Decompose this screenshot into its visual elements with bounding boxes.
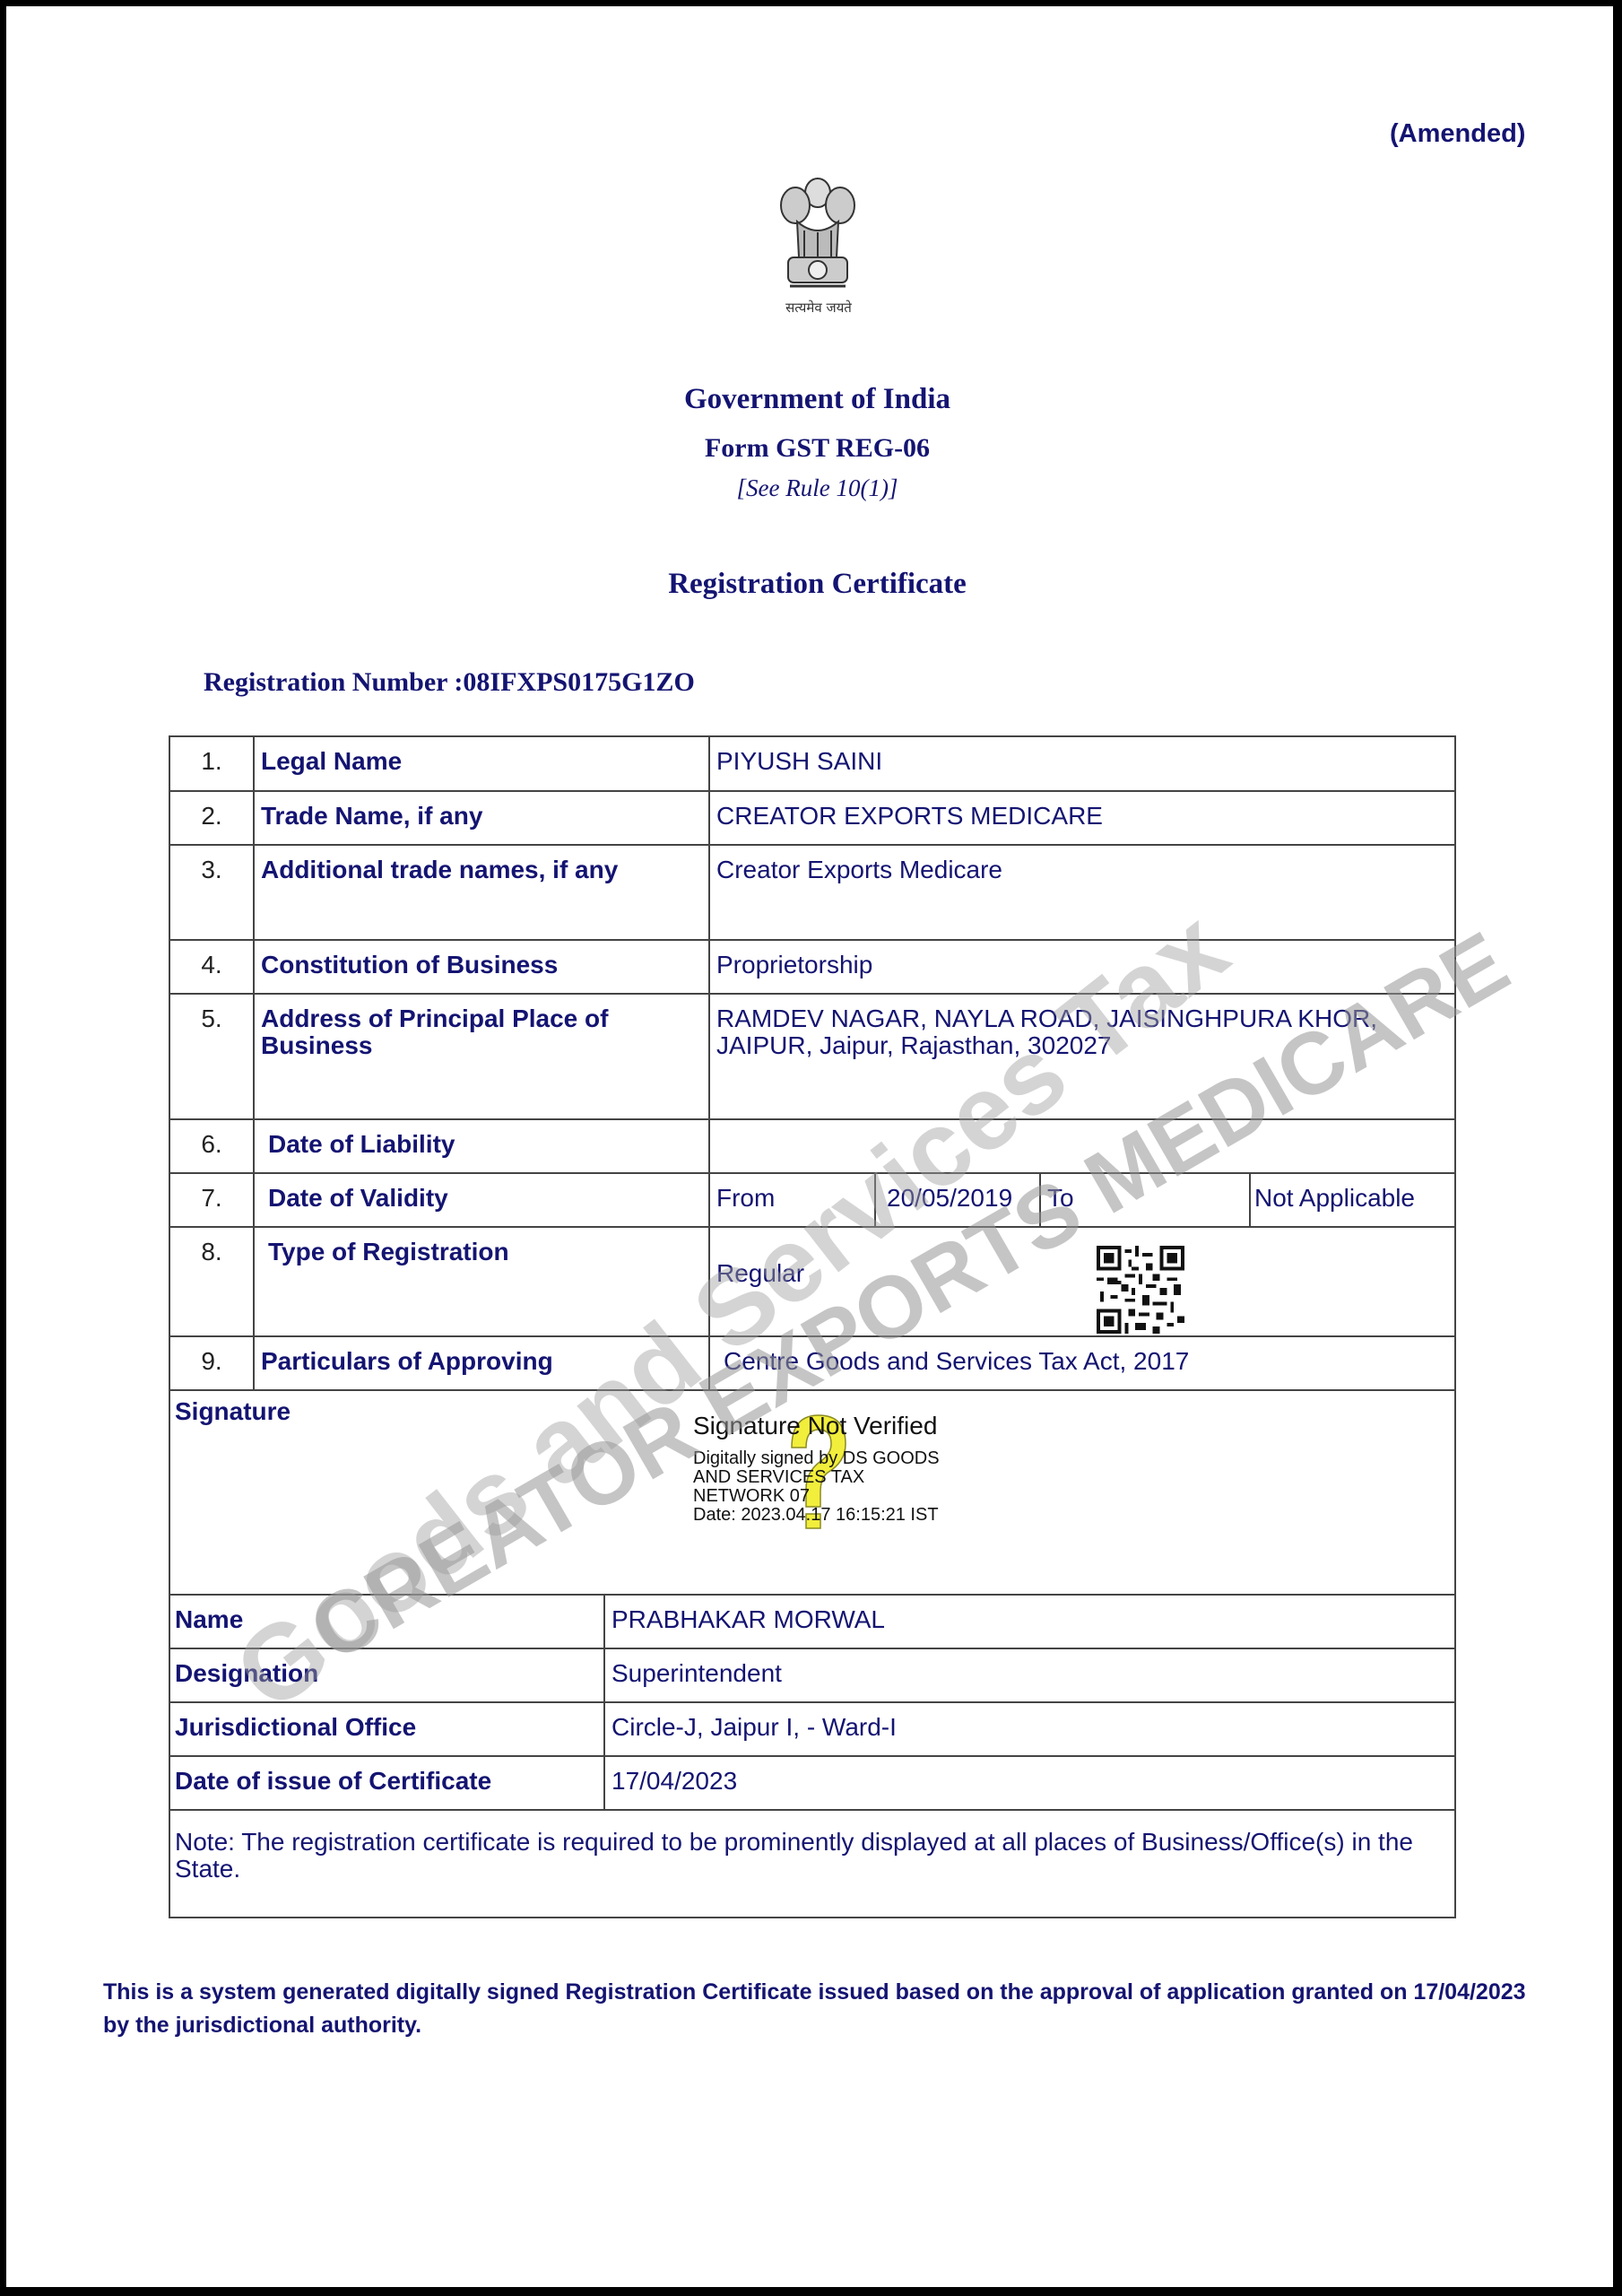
address-label: Address of Principal Place of Business [253,993,710,1120]
rule-reference: [See Rule 10(1)] [6,474,1622,502]
display-note: Note: The registration certificate is re… [169,1809,1456,1918]
row-number: 7. [169,1172,255,1228]
row-number: 5. [169,993,255,1120]
approving-particulars-value: Centre Goods and Services Tax Act, 2017 [708,1335,1456,1391]
constitution-value: Proprietorship [708,939,1456,995]
registration-number-value: 08IFXPS0175G1ZO [463,667,694,697]
officer-name-value: PRABHAKAR MORWAL [603,1594,1456,1649]
approving-particulars-label: Particulars of Approving [253,1335,710,1391]
issue-date-label: Date of issue of Certificate [169,1755,605,1811]
date-of-liability-label: Date of Liability [253,1118,710,1174]
row-number: 6. [169,1118,255,1174]
additional-trade-names-label: Additional trade names, if any [253,844,710,941]
row-number: 4. [169,939,255,995]
registration-type-value: Regular [708,1226,1456,1337]
address-value: RAMDEV NAGAR, NAYLA ROAD, JAISINGHPURA K… [708,993,1456,1120]
signature-signer-line: NETWORK 07 [693,1487,989,1506]
validity-to-value: Not Applicable [1249,1172,1456,1228]
row-number: 8. [169,1226,255,1337]
row-number: 2. [169,790,255,846]
system-generated-footer: This is a system generated digitally sig… [103,1976,1538,2042]
legal-name-label: Legal Name [253,735,710,792]
designation-label: Designation [169,1648,605,1703]
issue-date-value: 17/04/2023 [603,1755,1456,1811]
trade-name-value: CREATOR EXPORTS MEDICARE [708,790,1456,846]
row-number: 1. [169,735,255,792]
validity-from-label: From [708,1172,876,1228]
national-emblem-icon [770,168,865,320]
jurisdictional-office-value: Circle-J, Jaipur I, - Ward-I [603,1701,1456,1757]
date-of-liability-value [708,1118,1456,1174]
validity-to-label: To [1039,1172,1251,1228]
signature-signer-line: Digitally signed by DS GOODS [693,1449,989,1468]
jurisdictional-office-label: Jurisdictional Office [169,1701,605,1757]
certificate-title: Registration Certificate [6,568,1622,601]
registration-type-label: Type of Registration [253,1226,710,1337]
registration-number: Registration Number :08IFXPS0175G1ZO [204,667,695,698]
date-of-validity-label: Date of Validity [253,1172,710,1228]
signature-date: Date: 2023.04.17 16:15:21 IST [693,1506,989,1525]
row-number: 9. [169,1335,255,1391]
government-heading: Government of India [6,383,1622,416]
emblem-motto: सत्यमेव जयते [767,299,871,317]
registration-number-label: Registration Number : [204,667,463,697]
legal-name-value: PIYUSH SAINI [708,735,1456,792]
certificate-page: (Amended) सत्यमेव जयते Government of Ind… [6,6,1613,2287]
amended-label: (Amended) [1390,119,1525,149]
signature-status: Signature Not Verified [693,1412,989,1440]
constitution-label: Constitution of Business [253,939,710,995]
digital-signature-block: Signature Not Verified Digitally signed … [693,1412,989,1525]
trade-name-label: Trade Name, if any [253,790,710,846]
form-title: Form GST REG-06 [6,433,1622,464]
qr-code-icon [1097,1246,1184,1334]
validity-from-value: 20/05/2019 [874,1172,1041,1228]
signature-signer-line: AND SERVICES TAX [693,1468,989,1487]
row-number: 3. [169,844,255,941]
additional-trade-names-value: Creator Exports Medicare [708,844,1456,941]
officer-name-label: Name [169,1594,605,1649]
designation-value: Superintendent [603,1648,1456,1703]
